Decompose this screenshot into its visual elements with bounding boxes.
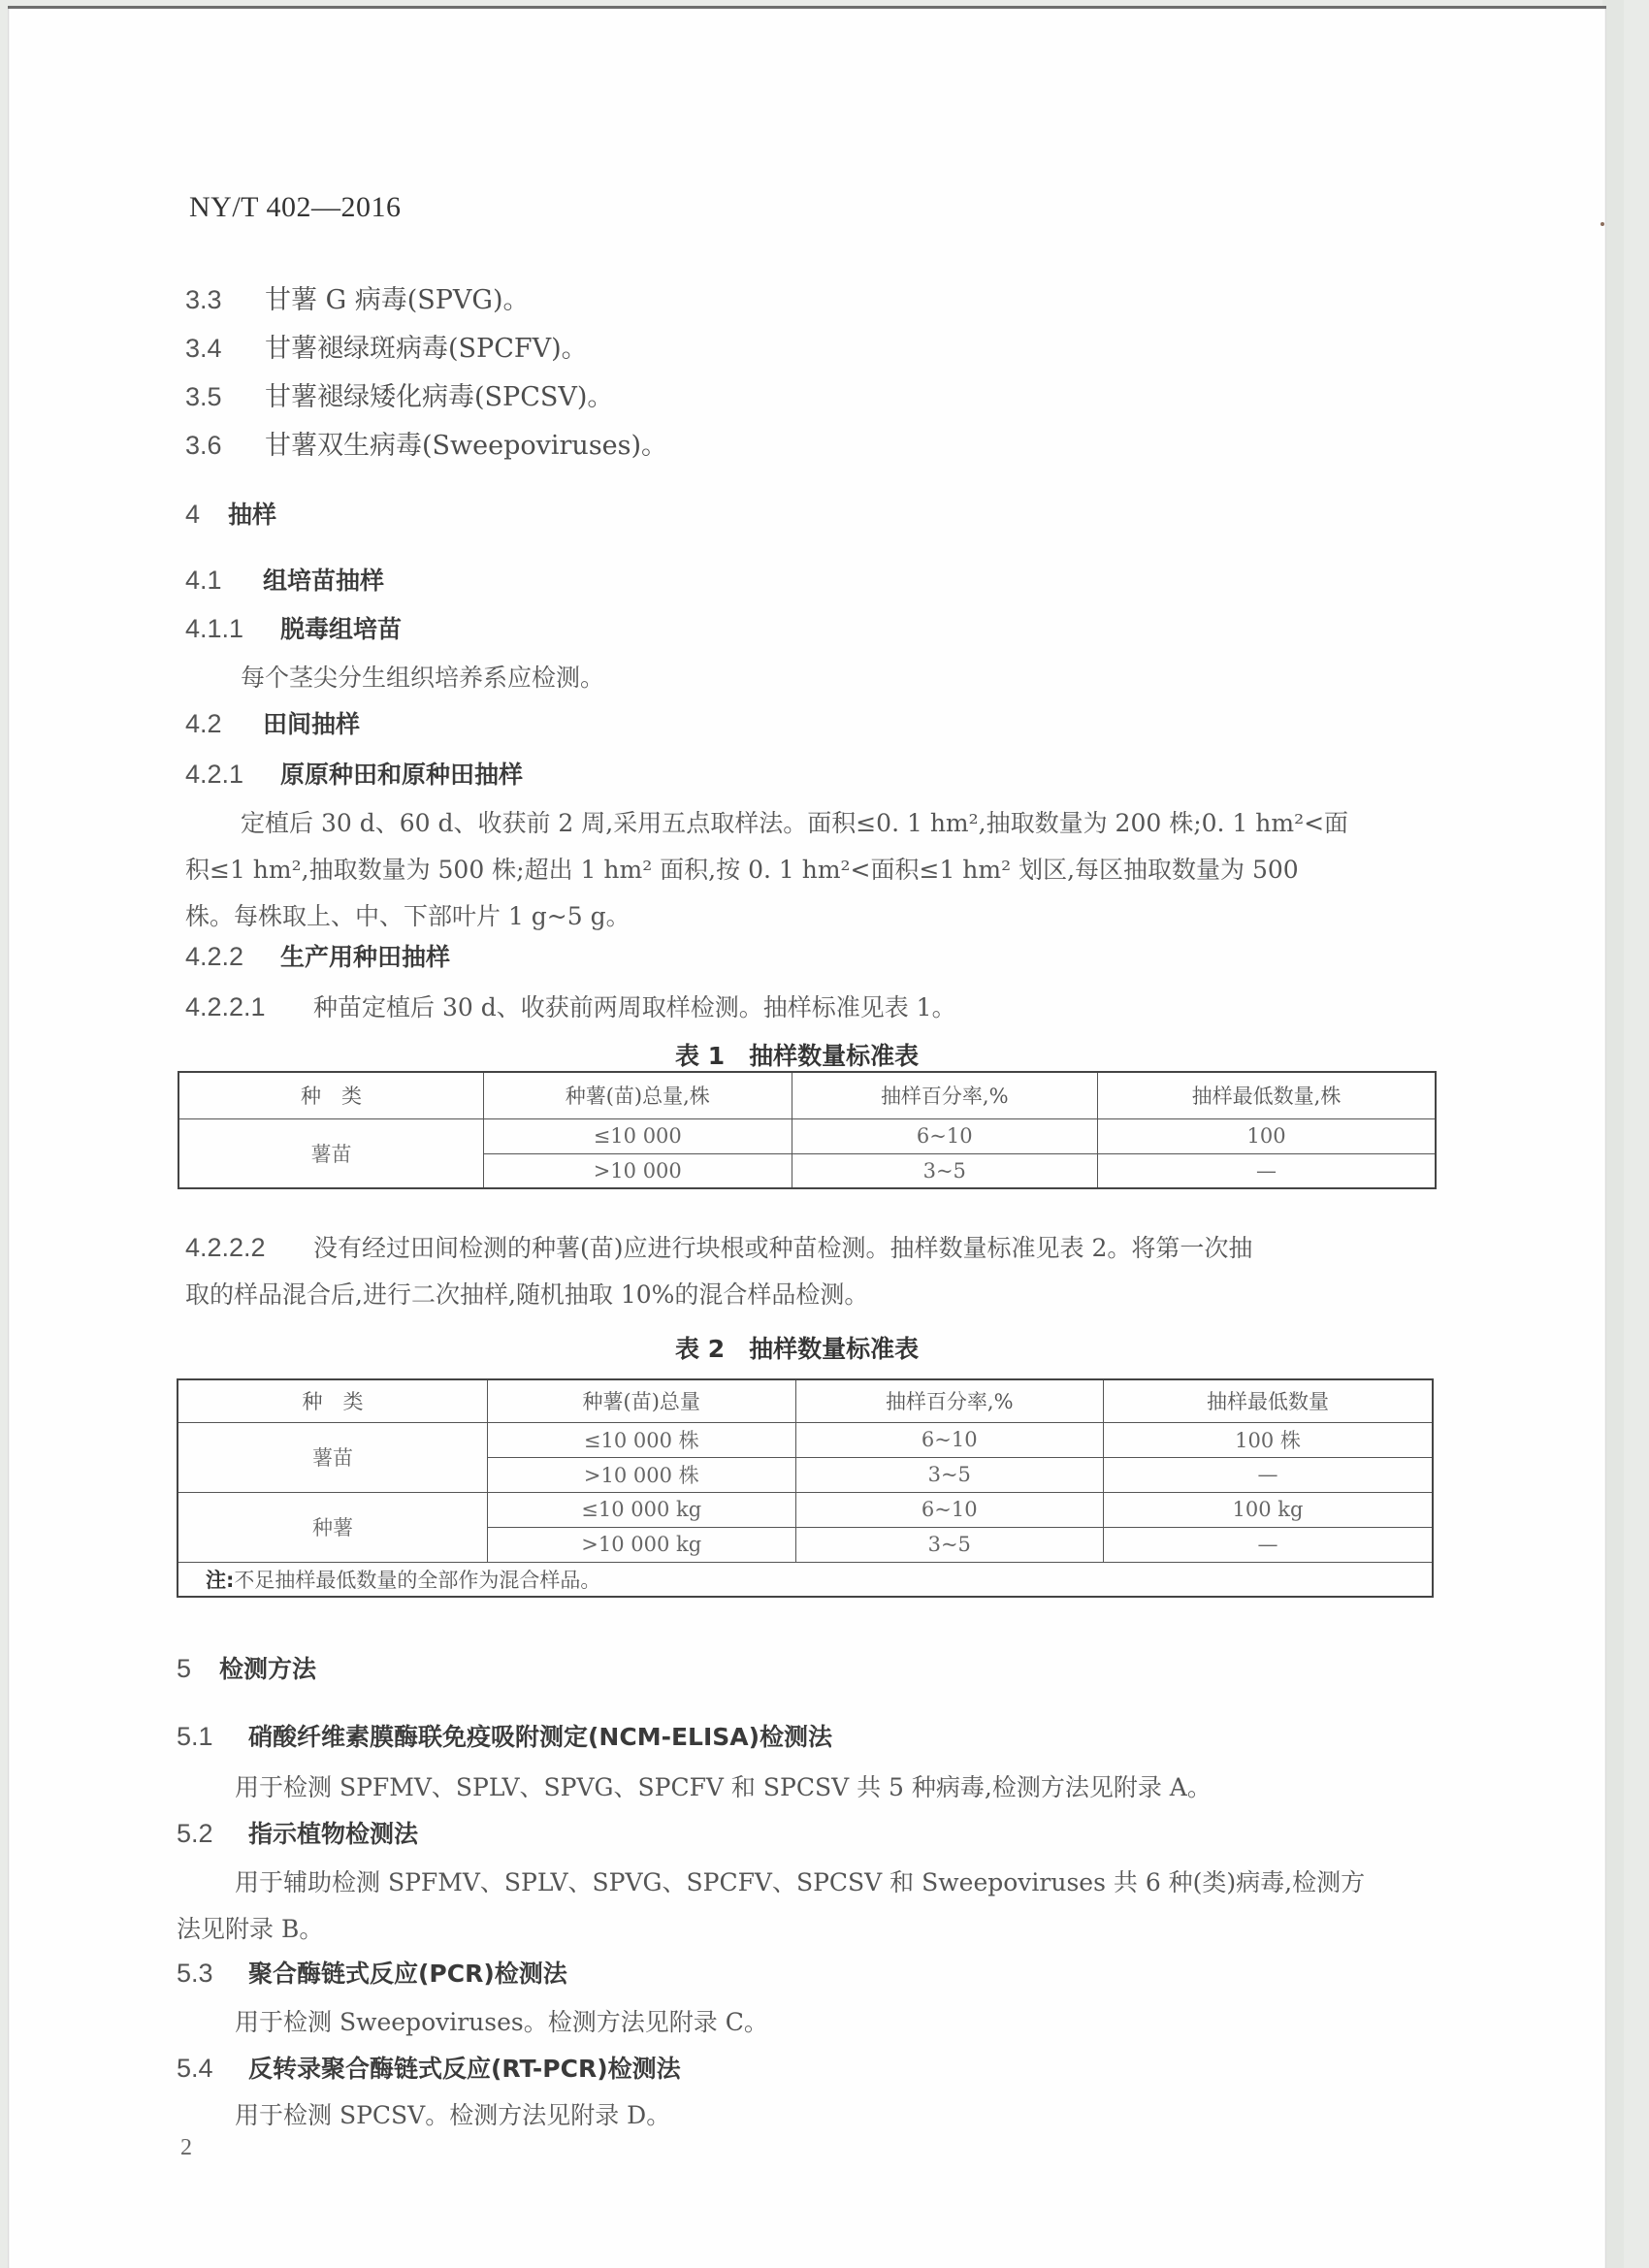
scan-speck (1600, 222, 1604, 226)
header-min: 抽样最低数量 (1104, 1379, 1433, 1422)
section-number: 4.2.2.2 (185, 1233, 313, 1263)
section-number: 5.3 (177, 1959, 248, 1989)
table-row: 种薯 ≤10 000 kg 6~10 100 kg (178, 1492, 1433, 1527)
header-total: 种薯(苗)总量 (488, 1379, 796, 1422)
header-type: 种 类 (178, 1379, 488, 1422)
section-4-2-2-heading: 4.2.2生产用种田抽样 (185, 938, 450, 973)
section-5-3-heading: 5.3聚合酶链式反应(PCR)检测法 (177, 1955, 567, 1990)
cell-total: >10 000 (484, 1153, 792, 1188)
cell-min: 100 株 (1104, 1422, 1433, 1457)
section-5-2-line-1: 用于辅助检测 SPFMV、SPLV、SPVG、SPCFV、SPCSV 和 Swe… (235, 1863, 1365, 1898)
cell-rate: 6~10 (792, 1118, 1098, 1153)
cell-rate: 6~10 (795, 1492, 1104, 1527)
note-label: 注: (206, 1569, 234, 1592)
cell-total: ≤10 000 株 (488, 1422, 796, 1457)
table-1: 种 类 种薯(苗)总量,株 抽样百分率,% 抽样最低数量,株 薯苗 ≤10 00… (178, 1071, 1437, 1189)
cell-min: 100 (1098, 1118, 1436, 1153)
item-text: 甘薯 G 病毒(SPVG)。 (265, 285, 530, 315)
item-number: 3.4 (185, 334, 265, 364)
section-number: 5 (177, 1654, 219, 1684)
item-3-3: 3.3甘薯 G 病毒(SPVG)。 (185, 278, 530, 316)
standard-code: NY/T 402—2016 (189, 191, 401, 224)
section-4-2-2-2-line-2: 取的样品混合后,进行二次抽样,随机抽取 10%的混合样品检测。 (185, 1276, 868, 1311)
table-note: 注:不足抽样最低数量的全部作为混合样品。 (178, 1562, 1433, 1597)
section-number: 4 (185, 500, 228, 530)
section-4-1-1-heading: 4.1.1脱毒组培苗 (185, 610, 402, 645)
header-rate: 抽样百分率,% (795, 1379, 1104, 1422)
section-number: 5.4 (177, 2054, 248, 2084)
cell-total: >10 000 kg (488, 1527, 796, 1562)
section-4-2-1-line-1: 定植后 30 d、60 d、收获前 2 周,采用五点取样法。面积≤0. 1 hm… (241, 804, 1348, 839)
table-row: 薯苗 ≤10 000 6~10 100 (178, 1118, 1436, 1153)
cell-min: — (1098, 1153, 1436, 1188)
section-title: 田间抽样 (263, 710, 360, 738)
section-5-3-body: 用于检测 Sweepoviruses。检测方法见附录 C。 (235, 2003, 768, 2038)
section-number: 4.2 (185, 709, 263, 739)
table-1-caption: 表 1 抽样数量标准表 (675, 1037, 919, 1072)
section-title: 指示植物检测法 (248, 1820, 418, 1848)
section-title: 硝酸纤维素膜酶联免疫吸附测定(NCM-ELISA)检测法 (248, 1723, 832, 1751)
section-4-1-1-body: 每个茎尖分生组织培养系应检测。 (241, 659, 604, 694)
section-number: 4.1 (185, 566, 263, 596)
header-rate: 抽样百分率,% (792, 1072, 1098, 1118)
section-number: 4.1.1 (185, 614, 280, 644)
section-4-2-heading: 4.2田间抽样 (185, 705, 360, 740)
cell-total: >10 000 株 (488, 1457, 796, 1492)
cell-rate: 3~5 (792, 1153, 1098, 1188)
header-type: 种 类 (178, 1072, 484, 1118)
cell-type: 薯苗 (178, 1118, 484, 1188)
cell-type: 薯苗 (178, 1422, 488, 1492)
section-5-heading: 5检测方法 (177, 1650, 316, 1685)
section-text: 没有经过田间检测的种薯(苗)应进行块根或种苗检测。抽样数量标准见表 2。将第一次… (313, 1234, 1252, 1262)
header-total: 种薯(苗)总量,株 (484, 1072, 792, 1118)
section-4-heading: 4抽样 (185, 496, 276, 531)
section-4-1-heading: 4.1组培苗抽样 (185, 562, 384, 597)
table-note-row: 注:不足抽样最低数量的全部作为混合样品。 (178, 1562, 1433, 1597)
table-2-caption: 表 2 抽样数量标准表 (675, 1330, 919, 1365)
section-5-2-heading: 5.2指示植物检测法 (177, 1815, 418, 1850)
table-header-row: 种 类 种薯(苗)总量 抽样百分率,% 抽样最低数量 (178, 1379, 1433, 1422)
section-number: 4.2.2.1 (185, 992, 313, 1022)
section-number: 5.1 (177, 1722, 248, 1752)
cell-rate: 3~5 (795, 1457, 1104, 1492)
item-number: 3.5 (185, 382, 265, 412)
cell-min: — (1104, 1457, 1433, 1492)
section-title: 组培苗抽样 (263, 567, 384, 595)
cell-min: 100 kg (1104, 1492, 1433, 1527)
section-title: 检测方法 (219, 1655, 316, 1683)
section-title: 反转录聚合酶链式反应(RT-PCR)检测法 (248, 2055, 681, 2083)
section-5-4-heading: 5.4反转录聚合酶链式反应(RT-PCR)检测法 (177, 2050, 681, 2085)
item-3-6: 3.6甘薯双生病毒(Sweepoviruses)。 (185, 424, 667, 462)
item-number: 3.6 (185, 431, 265, 461)
item-text: 甘薯褪绿矮化病毒(SPCSV)。 (265, 382, 613, 412)
page-number: 2 (180, 2135, 192, 2161)
section-title: 聚合酶链式反应(PCR)检测法 (248, 1960, 567, 1988)
cell-type: 种薯 (178, 1492, 488, 1562)
item-number: 3.3 (185, 285, 265, 315)
section-4-2-1-line-2: 积≤1 hm²,抽取数量为 500 株;超出 1 hm² 面积,按 0. 1 h… (185, 851, 1299, 886)
section-number: 5.2 (177, 1819, 248, 1849)
table-2: 种 类 种薯(苗)总量 抽样百分率,% 抽样最低数量 薯苗 ≤10 000 株 … (177, 1378, 1434, 1598)
section-text: 种苗定植后 30 d、收获前两周取样检测。抽样标准见表 1。 (313, 993, 956, 1021)
section-title: 抽样 (228, 501, 276, 529)
section-4-2-1-line-3: 株。每株取上、中、下部叶片 1 g~5 g。 (185, 897, 630, 932)
section-title: 生产用种田抽样 (280, 943, 450, 971)
item-text: 甘薯双生病毒(Sweepoviruses)。 (265, 431, 667, 461)
section-title: 原原种田和原种田抽样 (280, 761, 523, 789)
item-3-5: 3.5甘薯褪绿矮化病毒(SPCSV)。 (185, 375, 613, 413)
section-4-2-2-2-line-1: 4.2.2.2没有经过田间检测的种薯(苗)应进行块根或种苗检测。抽样数量标准见表… (185, 1229, 1252, 1264)
item-text: 甘薯褪绿斑病毒(SPCFV)。 (265, 334, 588, 364)
cell-min: — (1104, 1527, 1433, 1562)
section-4-2-2-1: 4.2.2.1种苗定植后 30 d、收获前两周取样检测。抽样标准见表 1。 (185, 988, 956, 1023)
header-min: 抽样最低数量,株 (1098, 1072, 1436, 1118)
section-5-4-body: 用于检测 SPCSV。检测方法见附录 D。 (235, 2096, 670, 2131)
cell-total: ≤10 000 kg (488, 1492, 796, 1527)
section-5-2-line-2: 法见附录 B。 (177, 1910, 323, 1945)
section-4-2-1-heading: 4.2.1原原种田和原种田抽样 (185, 756, 523, 791)
document-page: NY/T 402—2016 3.3甘薯 G 病毒(SPVG)。 3.4甘薯褪绿斑… (8, 6, 1606, 2268)
section-number: 4.2.2 (185, 942, 280, 972)
cell-rate: 6~10 (795, 1422, 1104, 1457)
section-title: 脱毒组培苗 (280, 615, 402, 643)
cell-rate: 3~5 (795, 1527, 1104, 1562)
section-5-1-body: 用于检测 SPFMV、SPLV、SPVG、SPCFV 和 SPCSV 共 5 种… (235, 1768, 1212, 1803)
note-text: 不足抽样最低数量的全部作为混合样品。 (234, 1569, 600, 1592)
cell-total: ≤10 000 (484, 1118, 792, 1153)
table-header-row: 种 类 种薯(苗)总量,株 抽样百分率,% 抽样最低数量,株 (178, 1072, 1436, 1118)
table-row: 薯苗 ≤10 000 株 6~10 100 株 (178, 1422, 1433, 1457)
section-5-1-heading: 5.1硝酸纤维素膜酶联免疫吸附测定(NCM-ELISA)检测法 (177, 1718, 832, 1753)
section-number: 4.2.1 (185, 760, 280, 790)
item-3-4: 3.4甘薯褪绿斑病毒(SPCFV)。 (185, 327, 588, 365)
